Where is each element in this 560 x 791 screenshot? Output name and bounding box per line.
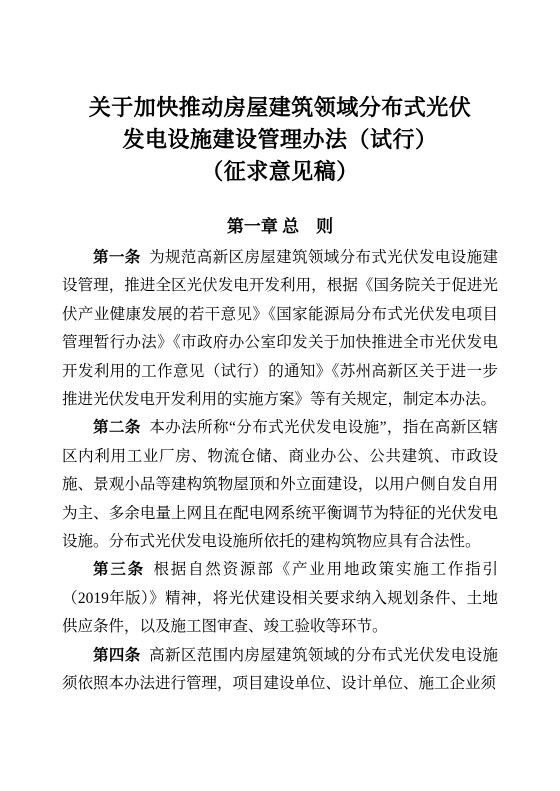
title-line-3: （征求意见稿） bbox=[62, 156, 498, 188]
clause-2-label: 第二条 bbox=[93, 419, 141, 436]
clause-1-label: 第一条 bbox=[93, 249, 141, 266]
title-line-2: 发电设施建设管理办法（试行） bbox=[62, 124, 498, 156]
clause-4: 第四条高新区范围内房屋建筑领域的分布式光伏发电设施须依照本办法进行管理，项目建设… bbox=[62, 642, 498, 699]
clause-3: 第三条根据自然资源部《产业用地政策实施工作指引（2019年版）》精神，将光伏建设… bbox=[62, 556, 498, 641]
document-body: 第一条为规范高新区房屋建筑领域分布式光伏发电设施建设管理，推进全区光伏发电开发利… bbox=[62, 244, 498, 699]
clause-4-label: 第四条 bbox=[93, 647, 141, 664]
clause-3-label: 第三条 bbox=[93, 561, 145, 578]
title-line-1: 关于加快推动房屋建筑领域分布式光伏 bbox=[62, 92, 498, 124]
document-title: 关于加快推动房屋建筑领域分布式光伏 发电设施建设管理办法（试行） （征求意见稿） bbox=[62, 0, 498, 188]
chapter-heading: 第一章 总 则 bbox=[62, 215, 498, 239]
clause-1-text: 为规范高新区房屋建筑领域分布式光伏发电设施建设管理，推进全区光伏发电开发利用，根… bbox=[62, 249, 498, 408]
document-page: 关于加快推动房屋建筑领域分布式光伏 发电设施建设管理办法（试行） （征求意见稿）… bbox=[0, 0, 560, 791]
clause-2-text: 本办法所称“分布式光伏发电设施”，指在高新区辖区内利用工业厂房、物流仓储、商业办… bbox=[62, 419, 498, 550]
clause-1: 第一条为规范高新区房屋建筑领域分布式光伏发电设施建设管理，推进全区光伏发电开发利… bbox=[62, 244, 498, 414]
clause-2: 第二条本办法所称“分布式光伏发电设施”，指在高新区辖区内利用工业厂房、物流仓储、… bbox=[62, 414, 498, 556]
